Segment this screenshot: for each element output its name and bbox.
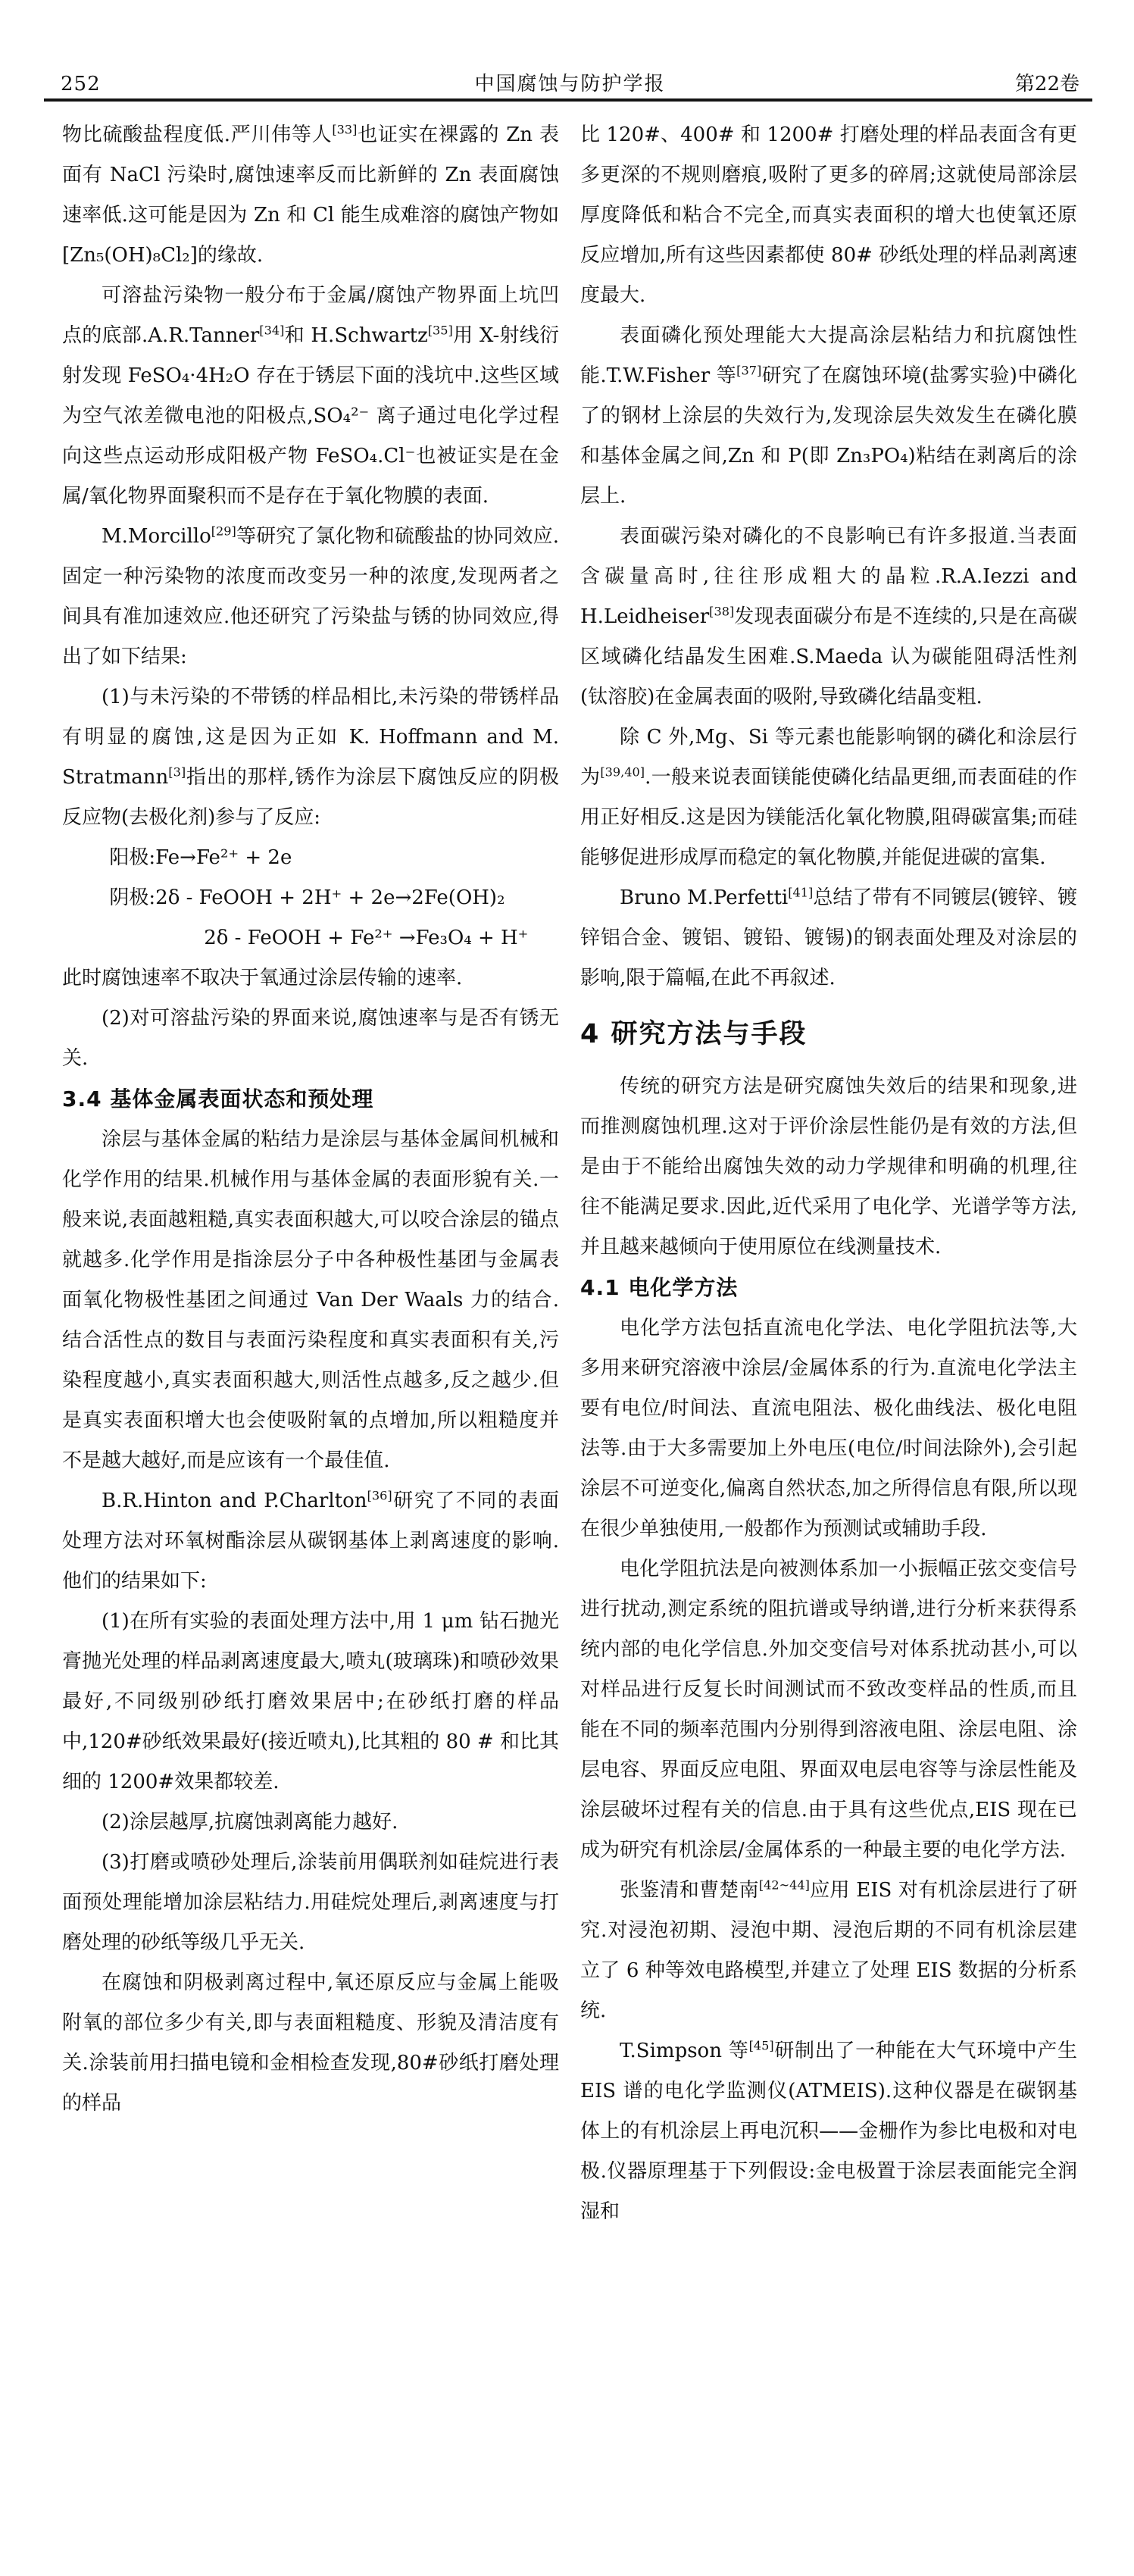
paragraph: 表面磷化预处理能大大提高涂层粘结力和抗腐蚀性能.T.W.Fisher 等[37]… bbox=[580, 316, 1077, 517]
paragraph: Bruno M.Perfetti[41]总结了带有不同镀层(镀锌、镀锌铝合金、镀… bbox=[580, 878, 1077, 999]
equation: 阳极:Fe→Fe²⁺ + 2e bbox=[62, 838, 559, 878]
equation: 2δ - FeOOH + Fe²⁺ →Fe₃O₄ + H⁺ bbox=[62, 918, 559, 958]
paragraph: 张鉴清和曹楚南[42~44]应用 EIS 对有机涂层进行了研究.对浸泡初期、浸泡… bbox=[580, 1871, 1077, 2031]
paragraph: (1)在所有实验的表面处理方法中,用 1 μm 钻石抛光膏抛光处理的样品剥离速度… bbox=[62, 1602, 559, 1802]
paragraph: 除 C 外,Mg、Si 等元素也能影响钢的磷化和涂层行为[39,40].一般来说… bbox=[580, 717, 1077, 878]
column-left: 物比硫酸盐程度低.严川伟等人[33]也证实在裸露的 Zn 表面有 NaCl 污染… bbox=[62, 115, 559, 2232]
journal-title: 中国腐蚀与防护学报 bbox=[144, 73, 996, 95]
paragraph: 电化学阻抗法是向被测体系加一小振幅正弦交变信号进行扰动,测定系统的阻抗谱或导纳谱… bbox=[580, 1549, 1077, 1871]
section-heading: 4 研究方法与手段 bbox=[580, 1011, 1077, 1058]
paragraph: (3)打磨或喷砂处理后,涂装前用偶联剂如硅烷进行表面预处理能增加涂层粘结力.用硅… bbox=[62, 1843, 559, 1963]
paragraph: 可溶盐污染物一般分布于金属/腐蚀产物界面上坑凹点的底部.A.R.Tanner[3… bbox=[62, 276, 559, 517]
paragraph: 比 120#、400# 和 1200# 打磨处理的样品表面含有更多更深的不规则磨… bbox=[580, 115, 1077, 316]
paragraph: 表面碳污染对磷化的不良影响已有许多报道.当表面含碳量高时,往往形成粗大的晶粒.R… bbox=[580, 517, 1077, 717]
paragraph: M.Morcillo[29]等研究了氯化物和硫酸盐的协同效应.固定一种污染物的浓… bbox=[62, 517, 559, 677]
page-number: 252 bbox=[61, 73, 144, 95]
paragraph: B.R.Hinton and P.Charlton[36]研究了不同的表面处理方… bbox=[62, 1481, 559, 1602]
paragraph: 在腐蚀和阴极剥离过程中,氧还原反应与金属上能吸附氧的部位多少有关,即与表面粗糙度… bbox=[62, 1963, 559, 2124]
paragraph: 此时腐蚀速率不取决于氧通过涂层传输的速率. bbox=[62, 958, 559, 999]
paragraph: 物比硫酸盐程度低.严川伟等人[33]也证实在裸露的 Zn 表面有 NaCl 污染… bbox=[62, 115, 559, 276]
volume-number: 第22卷 bbox=[996, 73, 1079, 95]
paragraph: 传统的研究方法是研究腐蚀失效后的结果和现象,进而推测腐蚀机理.这对于评价涂层性能… bbox=[580, 1067, 1077, 1268]
paragraph: (1)与未污染的不带锈的样品相比,未污染的带锈样品有明显的腐蚀,这是因为正如 K… bbox=[62, 677, 559, 838]
column-right: 比 120#、400# 和 1200# 打磨处理的样品表面含有更多更深的不规则磨… bbox=[580, 115, 1077, 2232]
paragraph: (2)对可溶盐污染的界面来说,腐蚀速率与是否有锈无关. bbox=[62, 999, 559, 1079]
paragraph: (2)涂层越厚,抗腐蚀剥离能力越好. bbox=[62, 1802, 559, 1843]
page-header: 252 中国腐蚀与防护学报 第22卷 bbox=[61, 73, 1079, 95]
subsection-heading: 3.4 基体金属表面状态和预处理 bbox=[62, 1079, 559, 1120]
equation: 阴极:2δ - FeOOH + 2H⁺ + 2e→2Fe(OH)₂ bbox=[62, 878, 559, 918]
subsection-heading: 4.1 电化学方法 bbox=[580, 1268, 1077, 1308]
header-rule bbox=[44, 98, 1092, 102]
content-columns: 物比硫酸盐程度低.严川伟等人[33]也证实在裸露的 Zn 表面有 NaCl 污染… bbox=[62, 115, 1077, 2232]
page: 252 中国腐蚀与防护学报 第22卷 物比硫酸盐程度低.严川伟等人[33]也证实… bbox=[0, 0, 1134, 2576]
paragraph: T.Simpson 等[45]研制出了一种能在大气环境中产生 EIS 谱的电化学… bbox=[580, 2031, 1077, 2232]
paragraph: 电化学方法包括直流电化学法、电化学阻抗法等,大多用来研究溶液中涂层/金属体系的行… bbox=[580, 1308, 1077, 1549]
paragraph: 涂层与基体金属的粘结力是涂层与基体金属间机械和化学作用的结果.机械作用与基体金属… bbox=[62, 1120, 559, 1481]
